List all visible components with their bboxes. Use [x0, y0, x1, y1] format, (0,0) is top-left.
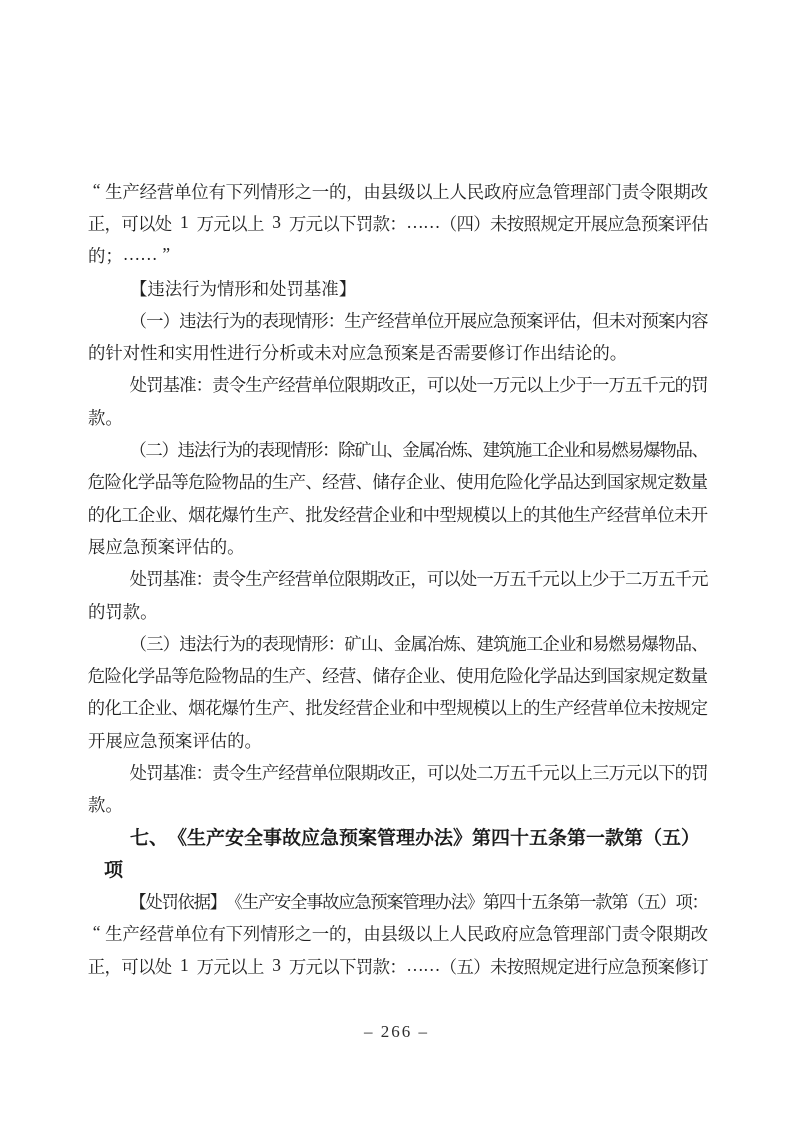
char-cell: 情: [295, 307, 312, 332]
char-cell: 爆: [222, 501, 239, 526]
char-cell: 生: [187, 823, 206, 850]
char-cell: 上: [543, 371, 560, 396]
char-cell: 企: [373, 501, 390, 526]
char-cell: 准: [180, 759, 197, 784]
char-cell: 万: [609, 371, 626, 396]
char-cell: 型: [440, 694, 457, 719]
char-cell: 项: [676, 888, 692, 913]
char-cell: 存: [390, 662, 407, 687]
char-cell: 预: [384, 339, 401, 364]
text-line: “生产经营单位有下列情形之一的，由县级以上人民政府应急管理部门责令限期改: [88, 917, 708, 949]
char-cell: 、: [440, 662, 457, 687]
char-cell: 位: [624, 694, 641, 719]
char-cell: 产: [262, 371, 279, 396]
text-line: 正，可以处 1 万元以上 3 万元以下罚款：……（五）未按照规定进行应急预案修订: [88, 949, 708, 981]
char-cell: 责: [213, 759, 230, 784]
char-cell: 项: [104, 855, 123, 882]
char-cell: 一: [586, 823, 605, 850]
char-cell: 的: [329, 920, 346, 945]
char-cell: 危: [490, 662, 507, 687]
char-cell: 按: [507, 953, 524, 978]
char-cell: 上: [507, 694, 524, 719]
char-cell: ，: [411, 565, 428, 590]
char-cell: 要: [471, 339, 488, 364]
char-cell: 应: [105, 533, 122, 558]
char-cell: 情: [260, 920, 277, 945]
char-cell: 生: [246, 371, 263, 396]
char-cell: 民: [467, 920, 484, 945]
char-cell: 规: [457, 694, 474, 719]
char-cell: 政: [484, 178, 501, 203]
char-cell: 理: [570, 920, 587, 945]
char-cell: 和: [576, 630, 593, 655]
char-cell: 性: [140, 339, 157, 364]
char-cell: 未: [490, 953, 507, 978]
char-cell: 第: [483, 888, 499, 913]
char-cell: 罚: [147, 565, 164, 590]
char-cell: 产: [122, 920, 139, 945]
char-cell: 经: [279, 565, 296, 590]
char-cell: 产: [361, 307, 378, 332]
char-cell: 第: [472, 823, 491, 850]
char-cell: 和: [158, 339, 175, 364]
text-line: 开展应急预案评估的。: [88, 723, 708, 755]
char-cell: 家: [624, 662, 641, 687]
char-cell: 责: [213, 371, 230, 396]
char-cell: （: [130, 436, 146, 461]
char-cell: 为: [226, 436, 242, 461]
char-cell: 行: [213, 307, 230, 332]
char-cell: 产: [262, 759, 279, 784]
char-cell: 民: [467, 178, 484, 203]
char-cell: 行: [210, 436, 226, 461]
char-cell: 可: [427, 371, 444, 396]
char-cell: 门: [605, 178, 622, 203]
char-cell: 产: [591, 501, 608, 526]
char-cell: 进: [227, 339, 244, 364]
char-cell: 故: [282, 823, 301, 850]
text-line: 的针对性和实用性进行分析或未对应急预案是否需要修订作出结论的。: [88, 335, 708, 367]
char-cell: 品: [557, 468, 574, 493]
char-cell: 营: [356, 694, 373, 719]
char-cell: 理: [396, 823, 415, 850]
char-cell: 全: [291, 888, 307, 913]
char-cell: 。: [227, 533, 244, 558]
char-cell: 、: [172, 694, 189, 719]
char-cell: 五: [529, 823, 548, 850]
char-cell: 工: [122, 694, 139, 719]
char-cell: 四: [499, 888, 515, 913]
char-cell: 1: [180, 955, 188, 976]
char-cell: 修: [675, 953, 692, 978]
char-cell: 品: [239, 468, 256, 493]
char-cell: 违: [147, 275, 164, 300]
char-cell: 级: [398, 920, 415, 945]
char-cell: …: [407, 212, 424, 233]
char-cell: 3: [272, 955, 280, 976]
char-cell: 经: [140, 178, 157, 203]
char-cell: ：: [390, 953, 407, 978]
char-cell: 属: [419, 436, 435, 461]
char-cell: 三: [592, 759, 609, 784]
char-cell: 为: [200, 275, 217, 300]
char-cell: 违: [180, 630, 197, 655]
char-cell: 营: [157, 178, 174, 203]
char-cell: 急: [493, 307, 510, 332]
char-cell: 千: [526, 565, 543, 590]
char-cell: ）: [162, 436, 178, 461]
char-cell: 竹: [239, 694, 256, 719]
char-cell: 期: [361, 371, 378, 396]
char-cell: 未: [641, 694, 658, 719]
char-cell: 数: [674, 662, 691, 687]
char-cell: 处: [130, 759, 147, 784]
char-cell: ）: [681, 823, 700, 850]
char-cell: 发: [323, 501, 340, 526]
char-cell: 使: [457, 662, 474, 687]
char-cell: 于: [576, 371, 593, 396]
char-cell: 应: [518, 178, 535, 203]
char-cell: 应: [301, 823, 320, 850]
char-cell: 量: [691, 468, 708, 493]
char-cell: 准: [180, 371, 197, 396]
char-cell: ：: [390, 210, 407, 235]
char-cell: 以: [415, 920, 432, 945]
char-cell: 规: [674, 694, 691, 719]
char-cell: 情: [217, 275, 234, 300]
char-cell: 工: [532, 436, 548, 461]
char-cell: 展: [460, 307, 477, 332]
char-cell: 经: [607, 501, 624, 526]
char-cell: 照: [524, 953, 541, 978]
char-cell: 。: [105, 791, 122, 816]
section-heading: 七、《生产安全事故应急预案管理办法》第四十五条第一款第（五）项: [88, 820, 708, 885]
char-cell: 政: [484, 920, 501, 945]
char-cell: 急: [140, 727, 157, 752]
char-cell: 急: [355, 888, 371, 913]
char-cell: 急: [536, 178, 553, 203]
char-cell: 发: [323, 694, 340, 719]
char-cell: 业: [155, 694, 172, 719]
char-cell: 金: [394, 630, 411, 655]
char-cell: 用: [473, 468, 490, 493]
char-cell: 改: [378, 565, 395, 590]
char-cell: 险: [205, 662, 222, 687]
char-cell: 除: [339, 436, 355, 461]
char-cell: 五: [510, 565, 527, 590]
char-cell: 万: [197, 953, 214, 978]
char-cell: 炼: [451, 436, 467, 461]
char-cell: 违: [180, 307, 197, 332]
char-cell: 品: [557, 662, 574, 687]
char-cell: 万: [642, 565, 659, 590]
char-cell: 规: [641, 468, 658, 493]
char-cell: 。: [105, 404, 122, 429]
paragraph: 处罚基准：责令生产经营单位限期改正，可以处一万五千元以上少于二万五千元的罚款。: [88, 562, 708, 627]
char-cell: 法: [165, 275, 182, 300]
document-body: “生产经营单位有下列情形之一的，由县级以上人民政府应急管理部门责令限期改正，可以…: [88, 174, 708, 981]
char-cell: ：: [328, 630, 345, 655]
char-cell: 于: [609, 565, 626, 590]
char-cell: 第: [624, 823, 643, 850]
char-cell: 建: [477, 630, 494, 655]
char-cell: 易: [625, 630, 642, 655]
char-cell: 产: [272, 501, 289, 526]
char-cell: 形: [234, 275, 251, 300]
char-cell: 生: [105, 178, 122, 203]
char-cell: 以: [323, 210, 340, 235]
char-cell: 生: [540, 694, 557, 719]
char-cell: 急: [123, 533, 140, 558]
char-cell: 估: [559, 307, 576, 332]
char-cell: 以: [138, 210, 155, 235]
char-cell: 五: [662, 823, 681, 850]
char-cell: 、: [172, 501, 189, 526]
char-cell: 产: [122, 178, 139, 203]
char-cell: 易: [592, 630, 609, 655]
char-cell: ，: [105, 953, 122, 978]
char-cell: 出: [540, 339, 557, 364]
char-cell: 限: [345, 759, 362, 784]
char-cell: 罚: [287, 275, 304, 300]
char-cell: 的: [88, 598, 105, 623]
char-cell: 预: [641, 210, 658, 235]
char-cell: （: [440, 210, 457, 235]
char-cell: 未: [674, 501, 691, 526]
char-cell: 以: [526, 371, 543, 396]
char-cell: 元: [214, 953, 231, 978]
char-cell: 元: [306, 953, 323, 978]
char-cell: 产: [262, 565, 279, 590]
char-cell: 业: [390, 694, 407, 719]
char-cell: 评: [175, 533, 192, 558]
char-cell: 改: [378, 371, 395, 396]
char-cell: 单: [174, 920, 191, 945]
char-cell: 山: [371, 436, 387, 461]
char-cell: 危: [189, 468, 206, 493]
text-line: 正，可以处 1 万元以上 3 万元以下罚款：……（四）未按照规定开展应急预案评估: [88, 206, 708, 238]
char-cell: 产: [557, 694, 574, 719]
char-cell: 下: [226, 178, 243, 203]
char-cell: 企: [548, 436, 564, 461]
char-cell: 按: [658, 694, 675, 719]
char-cell: 的: [88, 242, 105, 267]
char-cell: 、: [467, 436, 483, 461]
char-cell: 生: [242, 888, 258, 913]
char-cell: 预: [641, 953, 658, 978]
char-cell: 位: [191, 920, 208, 945]
char-cell: 安: [275, 888, 291, 913]
char-cell: 安: [225, 823, 244, 850]
char-cell: 预: [642, 307, 659, 332]
char-cell: 行: [213, 630, 230, 655]
char-cell: 预: [339, 823, 358, 850]
char-cell: 对: [123, 339, 140, 364]
char-cell: 以: [490, 694, 507, 719]
char-cell: 万: [493, 759, 510, 784]
text-line: 危险化学品等危险物品的生产、经营、储存企业、使用危险化学品达到国家规定数量: [88, 658, 708, 690]
char-cell: 依: [178, 888, 194, 913]
char-cell: 故: [323, 888, 339, 913]
char-cell: 和: [406, 501, 423, 526]
char-cell: 元: [306, 210, 323, 235]
char-cell: 险: [205, 468, 222, 493]
char-cell: 估: [692, 210, 709, 235]
char-cell: 行: [245, 339, 262, 364]
char-cell: 以: [230, 953, 247, 978]
char-cell: 金: [403, 436, 419, 461]
char-cell: 期: [673, 920, 690, 945]
char-cell: 需: [453, 339, 470, 364]
char-cell: 施: [510, 630, 527, 655]
char-cell: 府: [501, 920, 518, 945]
char-cell: （: [440, 953, 457, 978]
char-cell: 千: [675, 565, 692, 590]
char-cell: 但: [592, 307, 609, 332]
char-cell: 款: [88, 404, 105, 429]
char-cell: 情: [291, 436, 307, 461]
char-cell: 限: [656, 920, 673, 945]
char-cell: 模: [473, 501, 490, 526]
char-cell: 物: [659, 630, 676, 655]
char-cell: 、: [440, 468, 457, 493]
char-cell: 位: [658, 501, 675, 526]
char-cell: 千: [642, 371, 659, 396]
char-cell: 开: [88, 727, 105, 752]
char-cell: 罚: [692, 759, 709, 784]
char-cell: …: [123, 244, 140, 265]
char-cell: 产: [289, 662, 306, 687]
char-cell: 表: [262, 307, 279, 332]
char-cell: 改: [378, 759, 395, 784]
heading-line: 项: [88, 852, 708, 884]
char-cell: 学: [138, 468, 155, 493]
char-cell: ，: [105, 210, 122, 235]
char-cell: 产: [259, 888, 275, 913]
char-cell: 实: [175, 339, 192, 364]
char-cell: 定: [658, 468, 675, 493]
char-cell: 全: [244, 823, 263, 850]
char-cell: 以: [323, 953, 340, 978]
char-cell: 第: [564, 888, 580, 913]
char-cell: 性: [210, 339, 227, 364]
char-cell: 筑: [499, 436, 515, 461]
char-cell: 县: [381, 920, 398, 945]
char-cell: 位: [328, 759, 345, 784]
char-cell: 位: [427, 307, 444, 332]
char-cell: 修: [488, 339, 505, 364]
char-cell: 责: [622, 178, 639, 203]
char-cell: 办: [435, 888, 451, 913]
char-cell: 案: [658, 210, 675, 235]
char-cell: 正: [88, 210, 105, 235]
char-cell: 结: [558, 339, 575, 364]
char-cell: 化: [122, 468, 139, 493]
char-cell: 四: [491, 823, 510, 850]
char-cell: 经: [574, 694, 591, 719]
char-cell: 形: [312, 307, 329, 332]
char-cell: 人: [450, 920, 467, 945]
char-cell: 的: [242, 436, 258, 461]
char-cell: 限: [656, 178, 673, 203]
char-cell: 业: [423, 662, 440, 687]
char-cell: 对: [331, 339, 348, 364]
char-cell: 法: [451, 888, 467, 913]
char-cell: 以: [642, 759, 659, 784]
text-line: 危险化学品等危险物品的生产、经营、储存企业、使用危险化学品达到国家规定数量: [88, 465, 708, 497]
char-cell: 县: [381, 178, 398, 203]
char-cell: 企: [373, 694, 390, 719]
char-cell: 行: [182, 275, 199, 300]
char-cell: 危: [88, 662, 105, 687]
char-cell: 品: [155, 662, 172, 687]
char-cell: 下: [339, 953, 356, 978]
char-cell: 部: [587, 178, 604, 203]
char-cell: 下: [659, 759, 676, 784]
char-cell: 化: [524, 468, 541, 493]
char-cell: 门: [605, 920, 622, 945]
char-cell: 爆: [222, 694, 239, 719]
char-cell: 五: [625, 371, 642, 396]
char-cell: 处: [460, 565, 477, 590]
char-cell: 定: [658, 662, 675, 687]
char-cell: 的: [88, 339, 105, 364]
char-cell: 级: [398, 178, 415, 203]
char-cell: 燃: [612, 436, 628, 461]
char-cell: 三: [147, 630, 164, 655]
char-cell: 国: [607, 662, 624, 687]
char-cell: 以: [138, 953, 155, 978]
char-cell: 、: [356, 662, 373, 687]
char-cell: 物: [660, 436, 676, 461]
char-cell: 业: [155, 501, 172, 526]
char-cell: 法: [196, 630, 213, 655]
char-cell: 营: [356, 501, 373, 526]
char-cell: 为: [229, 307, 246, 332]
char-cell: 开: [574, 210, 591, 235]
char-cell: 对: [625, 307, 642, 332]
char-cell: 规: [541, 210, 558, 235]
char-cell: 订: [692, 953, 709, 978]
char-cell: 业: [390, 501, 407, 526]
char-cell: 急: [320, 823, 339, 850]
char-cell: 四: [457, 210, 474, 235]
char-cell: 展: [105, 727, 122, 752]
char-cell: 的: [675, 371, 692, 396]
char-cell: 是: [418, 339, 435, 364]
text-line: 的化工企业、烟花爆竹生产、批发经营企业和中型规模以上的生产经营单位未按规定: [88, 691, 708, 723]
char-cell: 情: [260, 178, 277, 203]
char-cell: 元: [543, 565, 560, 590]
char-cell: 下: [339, 210, 356, 235]
char-cell: 他: [557, 501, 574, 526]
char-cell: 的: [592, 339, 609, 364]
char-cell: 一: [580, 888, 596, 913]
char-cell: 营: [339, 662, 356, 687]
char-cell: 列: [243, 920, 260, 945]
char-cell: 生: [246, 759, 263, 784]
char-cell: 条: [548, 888, 564, 913]
char-cell: 预: [158, 727, 175, 752]
char-cell: 【: [130, 275, 147, 300]
paragraph: （二）违法行为的表现情形：除矿山、金属冶炼、建筑施工企业和易燃易爆物品、危险化学…: [88, 432, 708, 561]
char-cell: 学: [540, 468, 557, 493]
char-cell: 万: [493, 565, 510, 590]
char-cell: 危: [88, 468, 105, 493]
char-cell: 和: [252, 275, 269, 300]
char-cell: 案: [401, 339, 418, 364]
char-cell: 工: [122, 501, 139, 526]
